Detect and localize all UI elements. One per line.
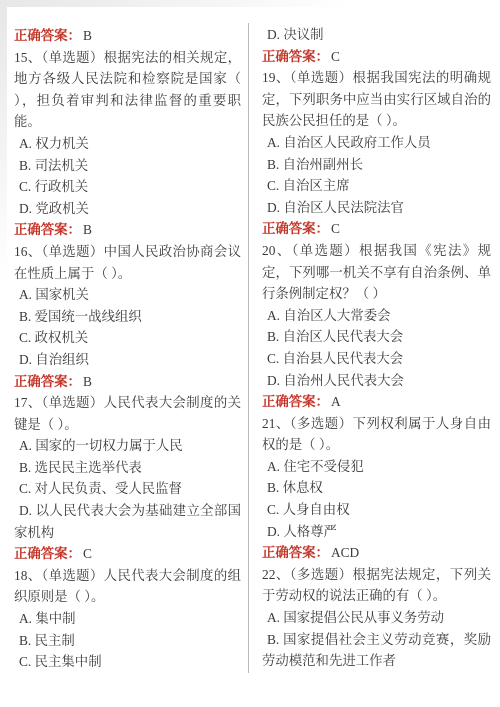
correct-answer-value: ACD (329, 545, 359, 560)
correct-answer-label: 正确答案： (262, 49, 329, 64)
option-item: A. 自治区人民政府工作人员 (262, 132, 491, 154)
correct-answer-value: C (329, 221, 340, 236)
correct-answer-value: B (81, 222, 92, 237)
option-item: D. 自治区人民法院法官 (262, 197, 491, 219)
question-text: 17、（单选题）人民代表大会制度的关键是（ ）。 (14, 392, 241, 435)
option-item: B. 休息权 (262, 477, 491, 499)
option-item: B. 民主制 (14, 630, 241, 652)
correct-answer-value: B (81, 374, 92, 389)
question-text: 19、（单选题）根据我国宪法的明确规定，下列职务中应当由实行区域自治的民族公民担… (262, 67, 491, 132)
question-text: 15、（单选题）根据宪法的相关规定，地方各级人民法院和检察院是国家（ ），担负着… (14, 47, 241, 133)
exam-document-page: 正确答案：B15、（单选题）根据宪法的相关规定，地方各级人民法院和检察院是国家（… (0, 0, 500, 707)
correct-answer-line: 正确答案：B (14, 25, 241, 47)
option-item: C. 民主集中制 (14, 651, 241, 673)
option-item: A. 国家的一切权力属于人民 (14, 435, 241, 457)
option-item: B. 国家提倡社会主义劳动竞赛，奖励劳动模范和先进工作者 (262, 629, 491, 672)
correct-answer-label: 正确答案： (14, 222, 81, 237)
question-text: 22、（多选题）根据宪法规定，下列关于劳动权的说法正确的有（ ）。 (262, 564, 491, 607)
correct-answer-line: 正确答案：B (14, 219, 241, 241)
correct-answer-line: 正确答案：A (262, 391, 491, 413)
option-item: C. 行政机关 (14, 176, 241, 198)
option-item: D. 自治组织 (14, 349, 241, 371)
correct-answer-value: C (81, 546, 92, 561)
option-item: D. 自治州人民代表大会 (262, 370, 491, 392)
option-item: A. 权力机关 (14, 133, 241, 155)
correct-answer-line: 正确答案：ACD (262, 542, 491, 564)
option-item: A. 集中制 (14, 608, 241, 630)
left-column: 正确答案：B15、（单选题）根据宪法的相关规定，地方各级人民法院和检察院是国家（… (0, 0, 248, 673)
option-item: C. 人身自由权 (262, 499, 491, 521)
correct-answer-value: B (81, 28, 92, 43)
option-item: B. 爱国统一战线组织 (14, 306, 241, 328)
correct-answer-line: 正确答案：C (262, 218, 491, 240)
correct-answer-value: A (329, 394, 341, 409)
option-item: B. 选民民主选举代表 (14, 457, 241, 479)
option-item: B. 司法机关 (14, 155, 241, 177)
option-item: B. 自治区人民代表大会 (262, 326, 491, 348)
option-item: C. 对人民负责、受人民监督 (14, 478, 241, 500)
correct-answer-label: 正确答案： (14, 546, 81, 561)
correct-answer-label: 正确答案： (14, 28, 81, 43)
correct-answer-label: 正确答案： (262, 545, 329, 560)
option-item: D. 党政机关 (14, 198, 241, 220)
option-item: C. 自治县人民代表大会 (262, 348, 491, 370)
question-text: 16、（单选题）中国人民政治协商会议在性质上属于（ ）。 (14, 241, 241, 284)
option-item: C. 自治区主席 (262, 175, 491, 197)
option-item: D. 以人民代表大会为基础建立全部国家机构 (14, 500, 241, 543)
option-item: A. 国家机关 (14, 284, 241, 306)
option-item: D. 决议制 (262, 24, 491, 46)
question-text: 20、（单选题）根据我国《宪法》规定，下列哪一机关不享有自治条例、单行条例制定权… (262, 240, 491, 305)
option-item: A. 住宅不受侵犯 (262, 456, 491, 478)
correct-answer-line: 正确答案：C (14, 543, 241, 565)
correct-answer-line: 正确答案：C (262, 46, 491, 68)
option-item: A. 自治区人大常委会 (262, 305, 491, 327)
question-text: 21、（多选题）下列权利属于人身自由权的是（ ）。 (262, 413, 491, 456)
correct-answer-label: 正确答案： (262, 394, 329, 409)
correct-answer-value: C (329, 49, 340, 64)
correct-answer-line: 正确答案：B (14, 371, 241, 393)
correct-answer-label: 正确答案： (14, 374, 81, 389)
question-text: 18、（单选题）人民代表大会制度的组织原则是（ ）。 (14, 565, 241, 608)
option-item: C. 政权机关 (14, 327, 241, 349)
correct-answer-label: 正确答案： (262, 221, 329, 236)
option-item: D. 人格尊严 (262, 521, 491, 543)
option-item: B. 自治州副州长 (262, 154, 491, 176)
option-item: A. 国家提倡公民从事义务劳动 (262, 607, 491, 629)
right-column: D. 决议制正确答案：C19、（单选题）根据我国宪法的明确规定，下列职务中应当由… (249, 0, 500, 672)
